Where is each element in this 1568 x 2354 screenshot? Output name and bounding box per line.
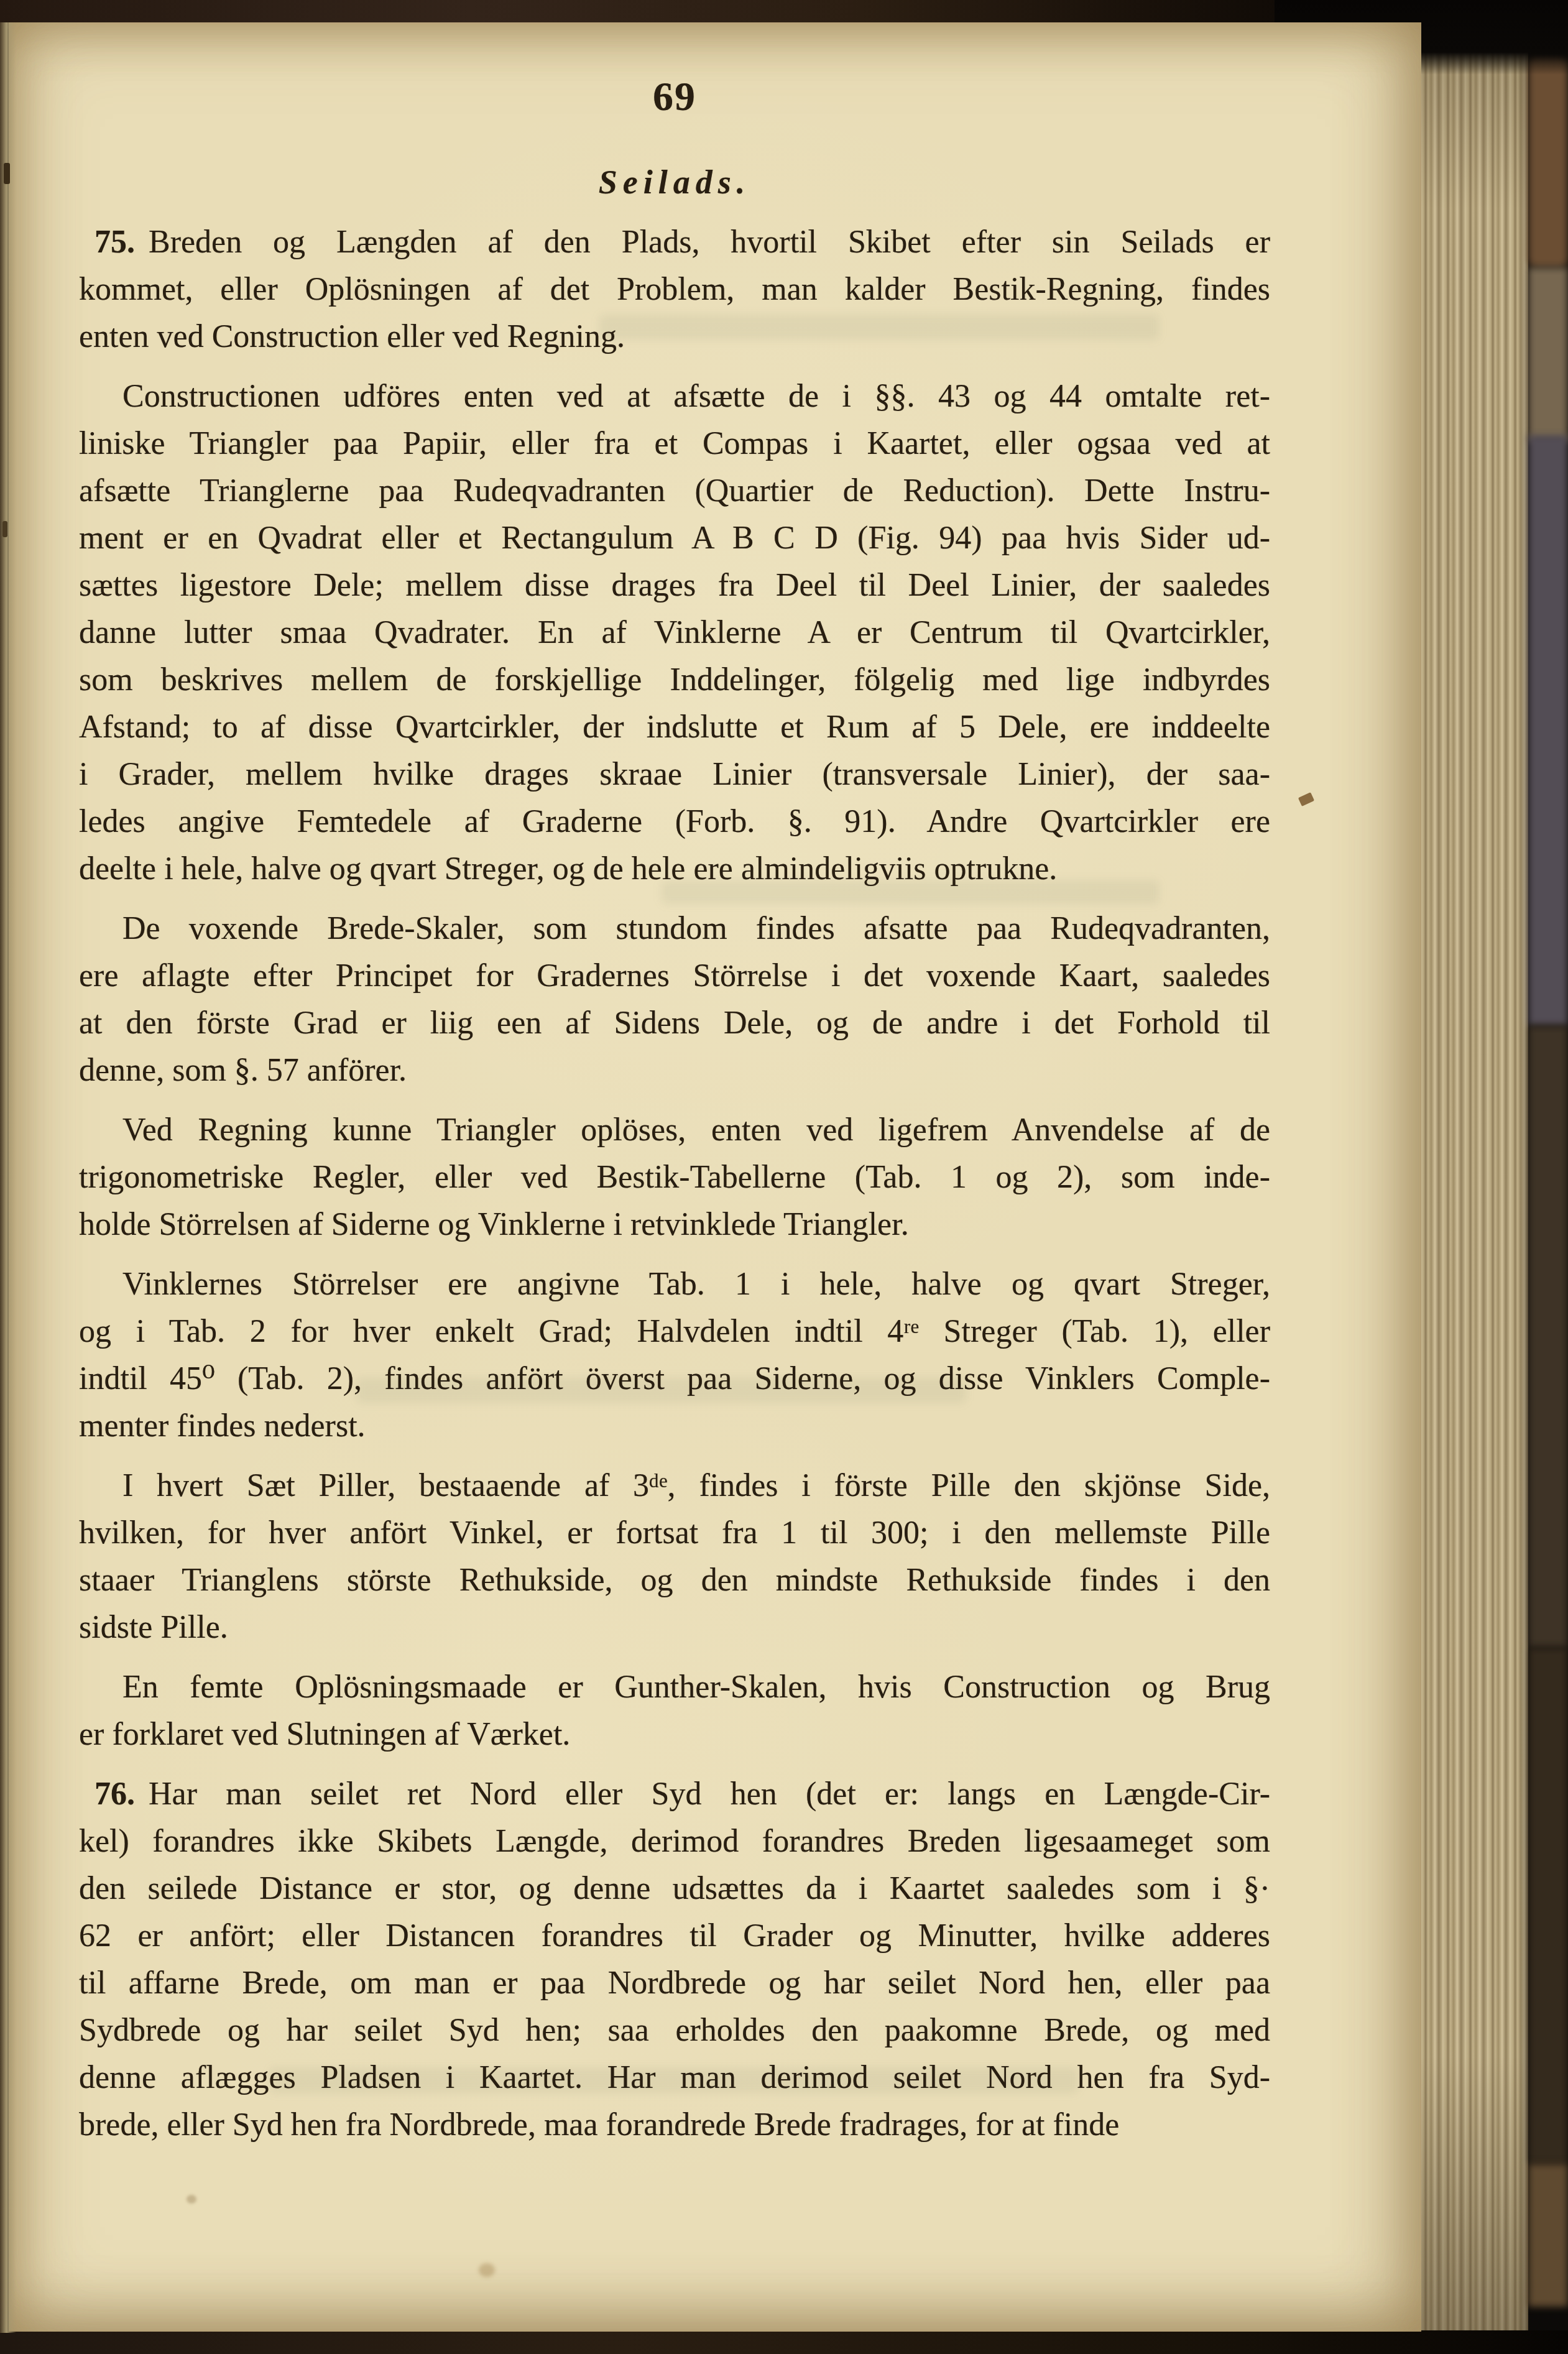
paragraph-number: 76. (95, 1776, 149, 1812)
text-line: Vinklernes Störrelser ere angivne Tab. 1… (79, 1261, 1270, 1308)
paragraph: 75.Breden og Længden af den Plads, hvort… (79, 219, 1270, 361)
paragraph: En femte Oplösningsmaade er Gunther-Skal… (79, 1664, 1270, 1758)
text-line: 62 er anfört; eller Distancen forandres … (79, 1913, 1270, 1960)
text-line: trigonometriske Regler, eller ved Bestik… (79, 1154, 1270, 1201)
paragraph: Constructionen udföres enten ved at afsæ… (79, 373, 1270, 893)
paragraph: De voxende Brede-Skaler, som stundom fin… (79, 905, 1270, 1094)
paragraph: I hvert Sæt Piller, bestaaende af 3ᵈᵉ, f… (79, 1462, 1270, 1651)
text-line: og i Tab. 2 for hver enkelt Grad; Halvde… (79, 1308, 1270, 1355)
text-line: sættes ligestore Dele; mellem disse drag… (79, 562, 1270, 609)
cover-patch (1528, 2164, 1568, 2307)
section-heading: Seilads. (79, 163, 1270, 201)
text-line: enten ved Construction eller ved Regning… (79, 313, 1270, 361)
text-line: denne, som §. 57 anförer. (79, 1047, 1270, 1094)
paragraph: Ved Regning kunne Triangler oplöses, ent… (79, 1107, 1270, 1249)
text-line: danne lutter smaa Qvadrater. En af Vinkl… (79, 609, 1270, 657)
cover-patch (1528, 267, 1568, 441)
cover-leather-corner (1528, 56, 1568, 267)
text-line: at den förste Grad er liig een af Sidens… (79, 1000, 1270, 1047)
text-line: 75.Breden og Længden af den Plads, hvort… (79, 219, 1270, 266)
text-line: sidste Pille. (79, 1604, 1270, 1651)
cover-patch (1528, 1026, 1568, 1648)
book-cover-right (1528, 0, 1568, 2354)
text-line: ment er en Qvadrat eller et Rectangulum … (79, 515, 1270, 562)
text-line: Constructionen udföres enten ved at afsæ… (79, 373, 1270, 420)
page-number: 69 (79, 73, 1270, 121)
text-line: menter findes nederst. (79, 1403, 1270, 1450)
paragraph: 76.Har man seilet ret Nord eller Syd hen… (79, 1771, 1270, 2149)
text-line: som beskrives mellem de forskjellige Ind… (79, 657, 1270, 704)
text-line: i Grader, mellem hvilke drages skraae Li… (79, 751, 1270, 798)
cover-patch (1528, 1648, 1568, 2164)
scanned-book-photo: { "page": { "page_number": "69", "headin… (0, 0, 1568, 2354)
text-line: indtil 45⁰ (Tab. 2), findes anfört övers… (79, 1355, 1270, 1403)
book-binding-bottom (0, 2330, 1568, 2354)
page-fore-edge-stack (1420, 25, 1529, 2333)
paper-stain (479, 2263, 495, 2277)
text-line: deelte i hele, halve og qvart Streger, o… (79, 846, 1270, 893)
text-line: liniske Triangler paa Papiir, eller fra … (79, 420, 1270, 468)
text-line: er forklaret ved Slutningen af Værket. (79, 1711, 1270, 1758)
text-line: brede, eller Syd hen fra Nordbrede, maa … (79, 2102, 1270, 2149)
paper-speck (4, 163, 10, 184)
text-line: Afstand; to af disse Qvartcirkler, der i… (79, 704, 1270, 751)
text-line: til affarne Brede, om man er paa Nordbre… (79, 1960, 1270, 2007)
text-line: En femte Oplösningsmaade er Gunther-Skal… (79, 1664, 1270, 1711)
paragraph: Vinklernes Störrelser ere angivne Tab. 1… (79, 1261, 1270, 1450)
paragraph-number: 75. (95, 224, 149, 260)
text-line: hvilken, for hver anfört Vinkel, er fort… (79, 1510, 1270, 1557)
page-left-edge-shadow (0, 22, 16, 2333)
text-line: denne aflægges Pladsen i Kaartet. Har ma… (79, 2054, 1270, 2102)
text-line: I hvert Sæt Piller, bestaaende af 3ᵈᵉ, f… (79, 1462, 1270, 1510)
text-line: afsætte Trianglerne paa Rudeqvadranten (… (79, 468, 1270, 515)
text-line: 76.Har man seilet ret Nord eller Syd hen… (79, 1771, 1270, 1818)
paper-speck (2, 521, 7, 537)
cover-patch (1528, 435, 1568, 1026)
text-line: Ved Regning kunne Triangler oplöses, ent… (79, 1107, 1270, 1154)
text-line: De voxende Brede-Skaler, som stundom fin… (79, 905, 1270, 953)
text-line: kel) forandres ikke Skibets Længde, deri… (79, 1818, 1270, 1865)
text-line: ere aflagte efter Principet for Graderne… (79, 953, 1270, 1000)
text-line: staaer Trianglens störste Rethukside, og… (79, 1557, 1270, 1604)
text-line: kommet, eller Oplösningen af det Problem… (79, 266, 1270, 313)
text-line: holde Störrelsen af Siderne og Vinklerne… (79, 1201, 1270, 1249)
text-line: Sydbrede og har seilet Syd hen; saa erho… (79, 2007, 1270, 2054)
text-line: ledes angive Femtedele af Graderne (Forb… (79, 798, 1270, 846)
paper-stain (187, 2195, 196, 2204)
text-block: 75.Breden og Længden af den Plads, hvort… (79, 219, 1270, 2149)
text-line: den seilede Distance er stor, og denne u… (79, 1865, 1270, 1913)
